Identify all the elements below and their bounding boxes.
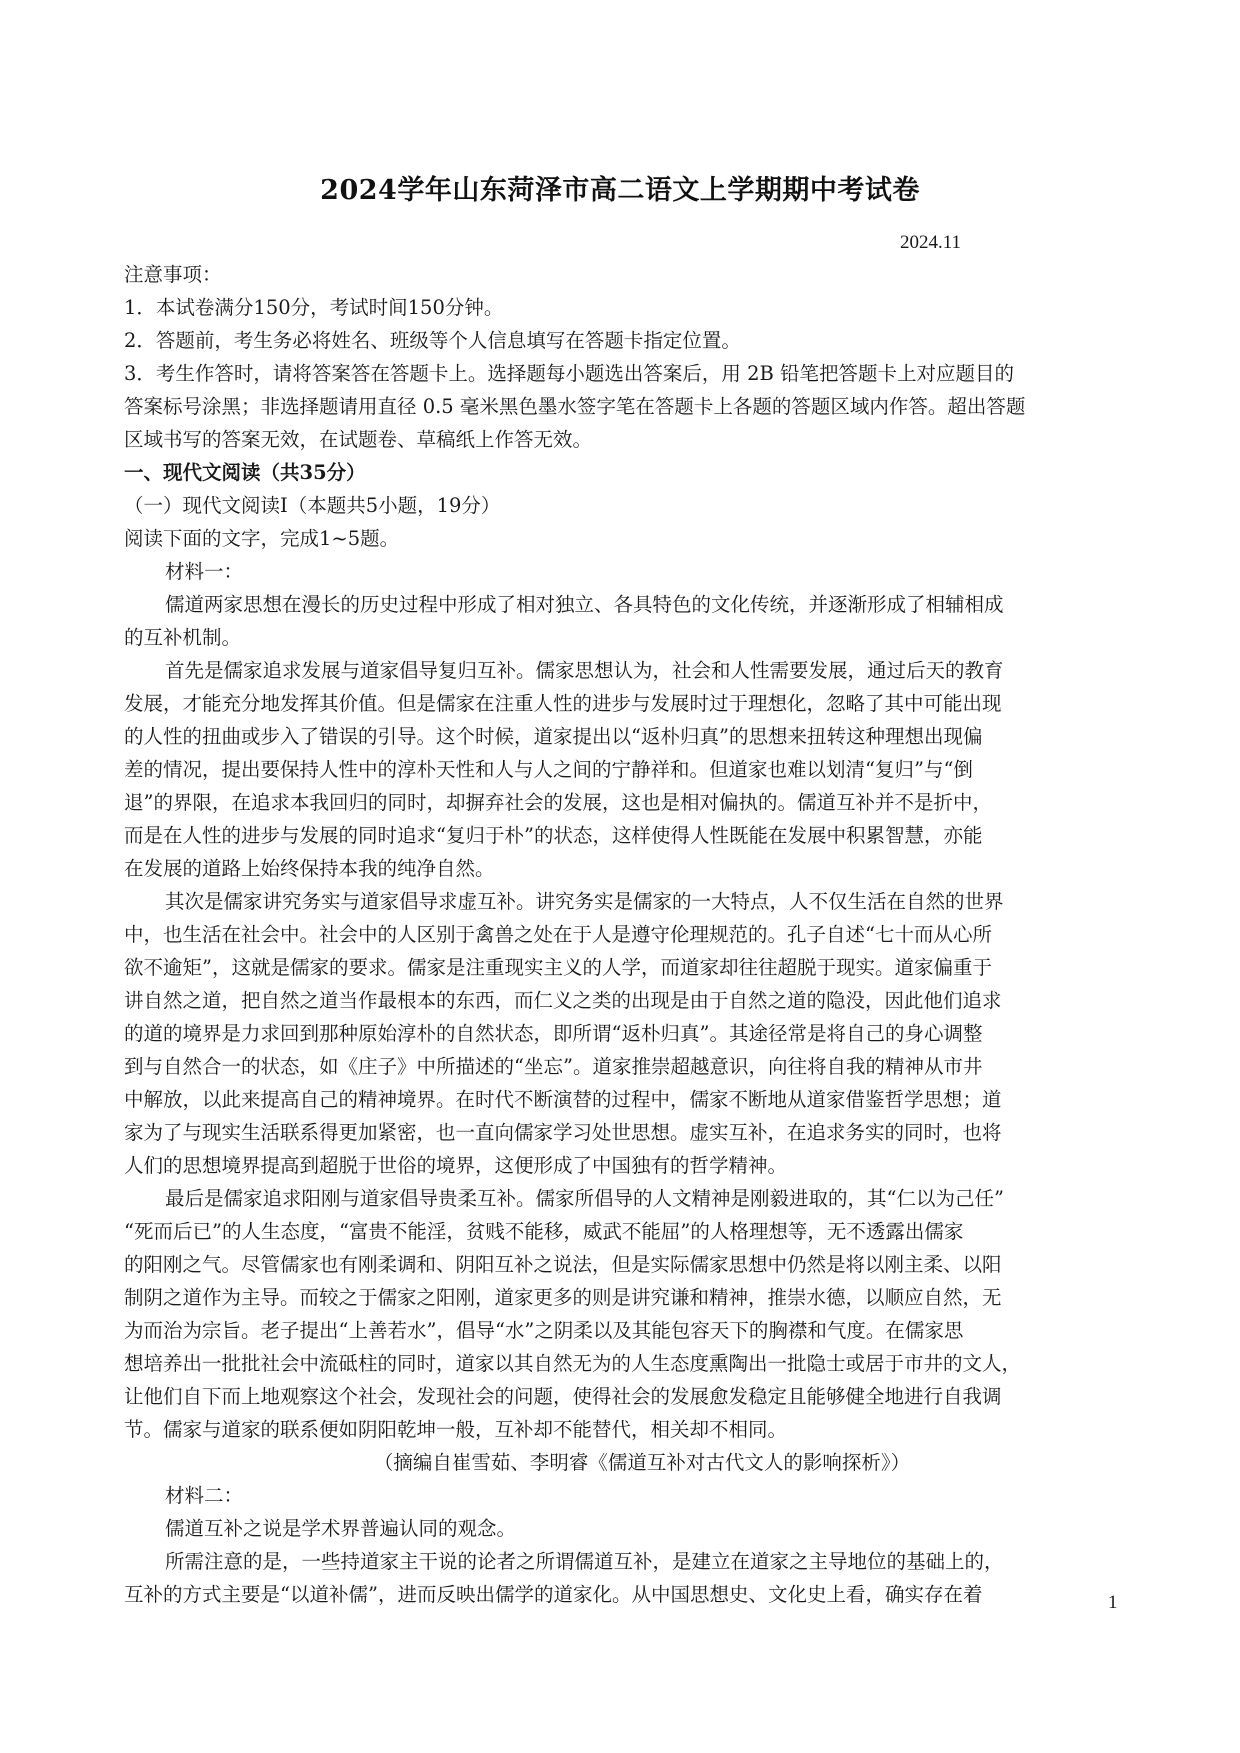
material-2-para-2-line-1: 所需注意的是，一些持道家主干说的论者之所谓儒道互补，是建立在道家之主导地位的基础…: [124, 1545, 1120, 1578]
material-1-para-1-line: 退”的界限，在追求本我回归的同时，却摒弃社会的发展，这也是相对偏执的。儒道互补并…: [124, 786, 1120, 819]
subsection-heading: （一）现代文阅读Ⅰ（本题共5小题，19分）: [124, 489, 1120, 522]
material-1-para-2-line: 的道的境界是力求回到那种原始淳朴的自然状态，即所谓“返朴归真”。其途径常是将自己…: [124, 1017, 1120, 1050]
material-1-para-3-line: 让他们自下而上地观察这个社会，发现社会的问题，使得社会的发展愈发稳定且能够健全地…: [124, 1380, 1120, 1413]
notice-item-1: 1．本试卷满分150分，考试时间150分钟。: [124, 291, 1120, 324]
material-1-para-3-line: 为而治为宗旨。老子提出“上善若水”，倡导“水”之阴柔以及其能包容天下的胸襟和气度…: [124, 1314, 1120, 1347]
material-1-para-2-line: 人们的思想境界提高到超脱于世俗的境界，这便形成了中国独有的哲学精神。: [124, 1149, 1120, 1182]
reading-instruction: 阅读下面的文字，完成1~5题。: [124, 522, 1120, 555]
document-body: 注意事项： 1．本试卷满分150分，考试时间150分钟。 2．答题前，考生务必将…: [124, 258, 1120, 1611]
exam-date: 2024.11: [900, 232, 961, 254]
material-1-para-1-line: 发展，才能充分地发挥其价值。但是儒家在注重人性的进步与发展时过于理想化，忽略了其…: [124, 687, 1120, 720]
exam-page: 2024学年山东菏泽市高二语文上学期期中考试卷 2024.11 注意事项： 1．…: [0, 0, 1240, 1753]
material-1-source: （摘编自崔雪茹、李明睿《儒道互补对古代文人的影响探析》）: [124, 1446, 1120, 1479]
section-heading: 一、现代文阅读（共35分）: [124, 456, 1120, 489]
material-2-label: 材料二：: [124, 1479, 1120, 1512]
notice-item-2: 2．答题前，考生务必将姓名、班级等个人信息填写在答题卡指定位置。: [124, 324, 1120, 357]
material-1-para-2-line: 讲自然之道，把自然之道当作最根本的东西，而仁义之类的出现是由于自然之道的隐没，因…: [124, 984, 1120, 1017]
material-1-para-1-line: 而是在人性的进步与发展的同时追求“复归于朴”的状态，这样使得人性既能在发展中积累…: [124, 819, 1120, 852]
material-1-para-3-line: 节。儒家与道家的联系便如阴阳乾坤一般，互补却不能替代，相关却不相同。: [124, 1413, 1120, 1446]
page-number: 1: [1108, 1592, 1118, 1614]
material-1-para-3-line: 想培养出一批批社会中流砥柱的同时，道家以其自然无为的人生态度熏陶出一批隐士或居于…: [124, 1347, 1120, 1380]
material-1-para-2-line: 家为了与现实生活联系得更加紧密，也一直向儒家学习处世思想。虚实互补，在追求务实的…: [124, 1116, 1120, 1149]
notice-heading: 注意事项：: [124, 258, 1120, 291]
material-2-para-1: 儒道互补之说是学术界普遍认同的观念。: [124, 1512, 1120, 1545]
notice-item-3-line-2: 答案标号涂黑；非选择题请用直径 0.5 毫米黑色墨水签字笔在答题卡上各题的答题区…: [124, 390, 1120, 423]
material-1-para-3-line: 最后是儒家追求阳刚与道家倡导贵柔互补。儒家所倡导的人文精神是刚毅进取的，其“仁以…: [124, 1182, 1120, 1215]
material-1-label: 材料一：: [124, 555, 1120, 588]
material-1-para-1-line: 在发展的道路上始终保持本我的纯净自然。: [124, 852, 1120, 885]
notice-item-3-line-1: 3．考生作答时，请将答案答在答题卡上。选择题每小题选出答案后，用 2B 铅笔把答…: [124, 357, 1120, 390]
material-1-para-3-line: “死而后已”的人生态度，“富贵不能淫，贫贱不能移，威武不能屈”的人格理想等，无不…: [124, 1215, 1120, 1248]
material-1-para-2-line: 中，也生活在社会中。社会中的人区别于禽兽之处在于人是遵守伦理规范的。孔子自述“七…: [124, 918, 1120, 951]
material-1-para-2-line: 其次是儒家讲究务实与道家倡导求虚互补。讲究务实是儒家的一大特点，人不仅生活在自然…: [124, 885, 1120, 918]
notice-item-3-line-3: 区域书写的答案无效，在试题卷、草稿纸上作答无效。: [124, 423, 1120, 456]
material-1-para-1-line: 首先是儒家追求发展与道家倡导复归互补。儒家思想认为，社会和人性需要发展，通过后天…: [124, 654, 1120, 687]
material-1-para-2-line: 欲不逾矩”，这就是儒家的要求。儒家是注重现实主义的人学，而道家却往往超脱于现实。…: [124, 951, 1120, 984]
material-1-para-3-line: 制阴之道作为主导。而较之于儒家之阳刚，道家更多的则是讲究谦和精神，推崇水德，以顺…: [124, 1281, 1120, 1314]
material-1-para-2-line: 中解放，以此来提高自己的精神境界。在时代不断演替的过程中，儒家不断地从道家借鉴哲…: [124, 1083, 1120, 1116]
material-1-para-0-line-1: 儒道两家思想在漫长的历史过程中形成了相对独立、各具特色的文化传统，并逐渐形成了相…: [124, 588, 1120, 621]
material-1-para-1-line: 差的情况，提出要保持人性中的淳朴天性和人与人之间的宁静祥和。但道家也难以划清“复…: [124, 753, 1120, 786]
material-1-para-0-line-2: 的互补机制。: [124, 621, 1120, 654]
page-title: 2024学年山东菏泽市高二语文上学期期中考试卷: [0, 168, 1240, 207]
material-1-para-3-line: 的阳刚之气。尽管儒家也有刚柔调和、阴阳互补之说法，但是实际儒家思想中仍然是将以刚…: [124, 1248, 1120, 1281]
material-2-para-2-line-2: 互补的方式主要是“以道补儒”，进而反映出儒学的道家化。从中国思想史、文化史上看，…: [124, 1578, 1120, 1611]
material-1-para-2-line: 到与自然合一的状态，如《庄子》中所描述的“坐忘”。道家推崇超越意识，向往将自我的…: [124, 1050, 1120, 1083]
material-1-para-1-line: 的人性的扭曲或步入了错误的引导。这个时候，道家提出以“返朴归真”的思想来扭转这种…: [124, 720, 1120, 753]
